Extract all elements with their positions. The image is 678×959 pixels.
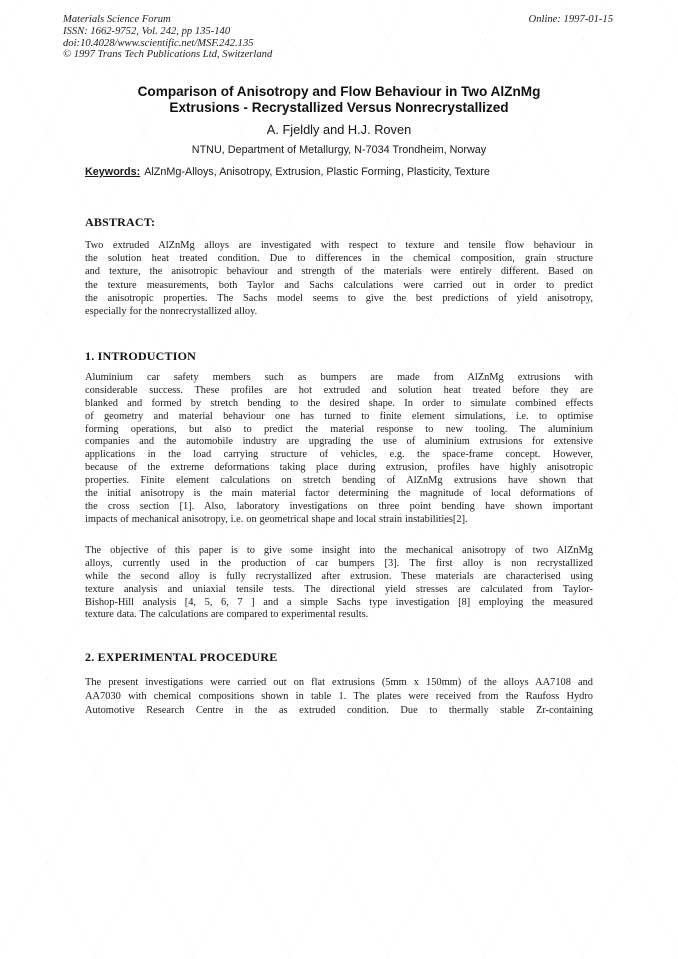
text-line: the initial anisotropy is the main mater…: [85, 488, 593, 501]
text-line: especially for the nonrecrystallized all…: [85, 305, 593, 318]
text-line: impacts of mechanical anisotropy, i.e. o…: [85, 514, 593, 527]
paper-title: Comparison of Anisotropy and Flow Behavi…: [85, 84, 593, 115]
introduction-paragraph-2: The objective of this paper is to give s…: [85, 545, 593, 622]
text-line: blanked and formed by stretch bending to…: [85, 398, 593, 411]
text-line: because of the extreme deformations taki…: [85, 462, 593, 475]
text-line: Aluminium car safety members such as bum…: [85, 372, 593, 385]
journal-name: Materials Science Forum: [63, 14, 171, 25]
journal-header-line-1: Materials Science Forum Online: 1997-01-…: [63, 14, 613, 26]
text-line: texture data. The calculations are compa…: [85, 609, 593, 622]
keywords-list: AlZnMg-Alloys, Anisotropy, Extrusion, Pl…: [144, 166, 490, 178]
affiliation: NTNU, Department of Metallurgy, N-7034 T…: [85, 144, 593, 156]
text-line: Two extruded AlZnMg alloys are investiga…: [85, 239, 593, 252]
section-heading-introduction: 1. INTRODUCTION: [85, 349, 196, 364]
copyright-line: © 1997 Trans Tech Publications Ltd, Swit…: [63, 49, 613, 61]
issn-line: ISSN: 1662-9752, Vol. 242, pp 135-140: [63, 26, 613, 38]
abstract-heading: ABSTRACT:: [85, 215, 155, 230]
text-line: texture analysis and uniaxial tensile te…: [85, 584, 593, 597]
keywords-label: Keywords:: [85, 166, 140, 178]
text-line: the texture measurements, both Taylor an…: [85, 279, 593, 292]
paper-title-line-2: Extrusions - Recrystallized Versus Nonre…: [85, 100, 593, 116]
text-line: applications in the load carrying struct…: [85, 449, 593, 462]
section-heading-experimental-procedure: 2. EXPERIMENTAL PROCEDURE: [85, 650, 277, 665]
paper-title-line-1: Comparison of Anisotropy and Flow Behavi…: [85, 84, 593, 100]
journal-header: Materials Science Forum Online: 1997-01-…: [63, 14, 613, 61]
online-date: Online: 1997-01-15: [529, 14, 613, 26]
authors: A. Fjeldly and H.J. Roven: [85, 122, 593, 137]
text-line: properties. Finite element calculations …: [85, 475, 593, 488]
keywords-row: Keywords:AlZnMg-Alloys, Anisotropy, Extr…: [85, 166, 593, 178]
paper-page: Materials Science Forum Online: 1997-01-…: [0, 0, 678, 959]
text-line: AA7030 with chemical compositions shown …: [85, 690, 593, 704]
text-line: and texture, the anisotropic behaviour a…: [85, 265, 593, 278]
text-line: alloys, currently used in the production…: [85, 558, 593, 571]
text-line: The present investigations were carried …: [85, 676, 593, 690]
text-line: companies and the automobile industry ar…: [85, 436, 593, 449]
text-line: the solution heat treated condition. Due…: [85, 252, 593, 265]
text-line: while the second alloy is fully recrysta…: [85, 571, 593, 584]
text-line: considerable success. These profiles are…: [85, 385, 593, 398]
abstract-paragraph: Two extruded AlZnMg alloys are investiga…: [85, 239, 593, 318]
text-line: Bishop-Hill analysis [4, 5, 6, 7 ] and a…: [85, 597, 593, 610]
introduction-paragraph-1: Aluminium car safety members such as bum…: [85, 372, 593, 527]
text-line: forming operations, but also to predict …: [85, 424, 593, 437]
experimental-paragraph-1: The present investigations were carried …: [85, 676, 593, 717]
text-line: the cross section [1]. Also, laboratory …: [85, 501, 593, 514]
text-line: the anisotropic properties. The Sachs mo…: [85, 292, 593, 305]
text-line: Automotive Research Centre in the as ext…: [85, 704, 593, 718]
text-line: The objective of this paper is to give s…: [85, 545, 593, 558]
text-line: of geometry and material behaviour one h…: [85, 411, 593, 424]
doi-line: doi:10.4028/www.scientific.net/MSF.242.1…: [63, 38, 613, 50]
